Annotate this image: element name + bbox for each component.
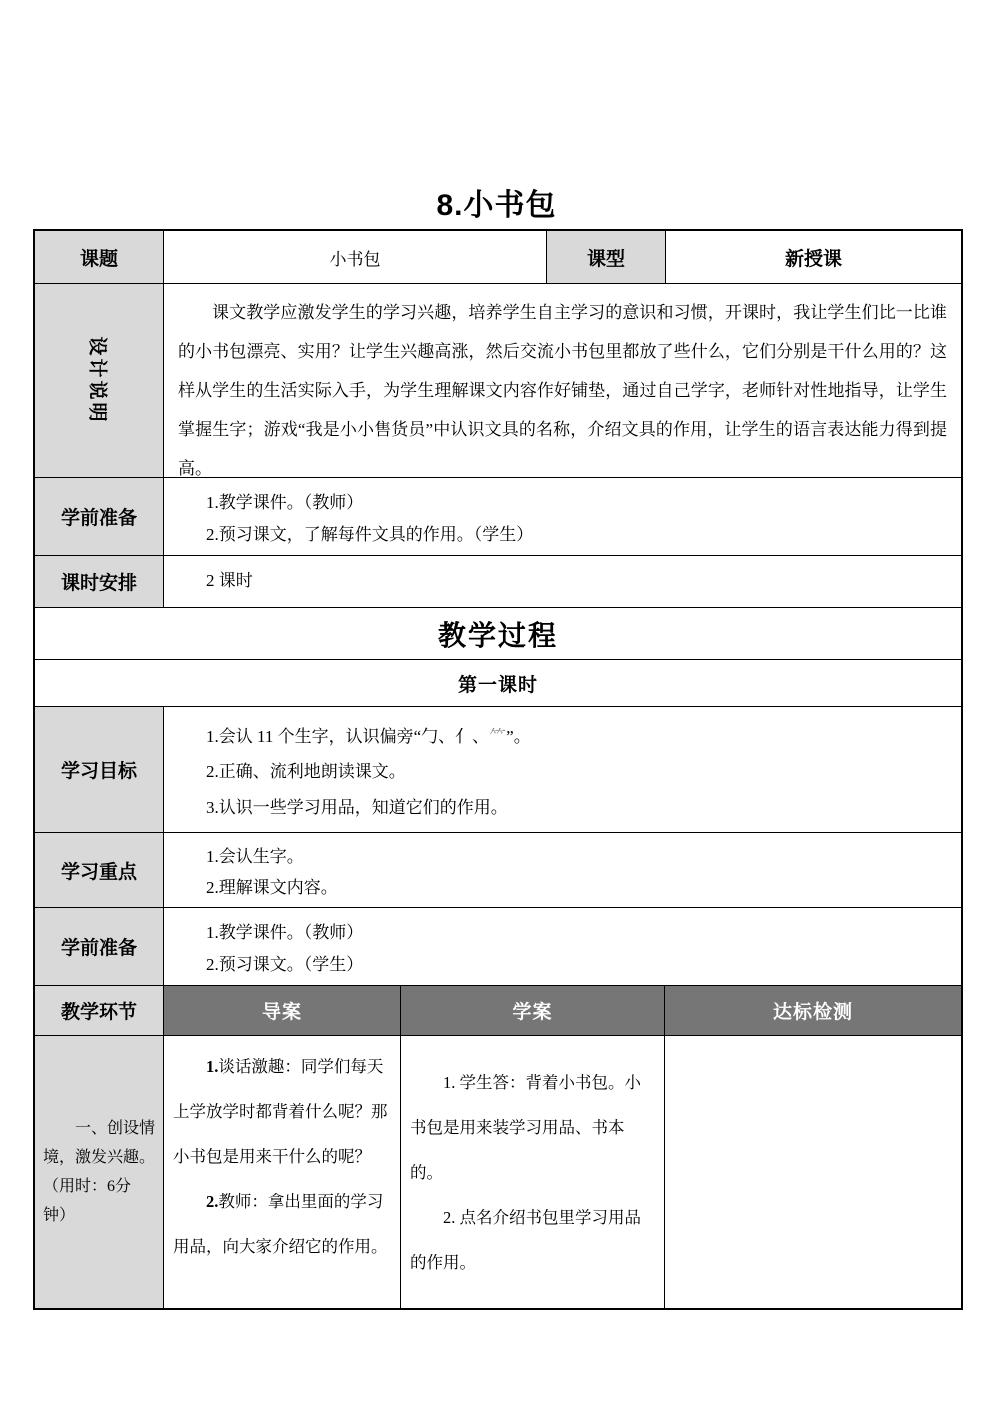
daoan-item: 1.谈话激趣：同学们每天上学放学时都背着什么呢？那小书包是用来干什么的呢？	[173, 1044, 391, 1179]
stage-cell: 一、创设情境，激发兴趣。（用时：6分钟）	[35, 1036, 164, 1308]
list-item: 2.预习课文。（学生）	[206, 950, 951, 975]
design-notes-label-text: 设计说明	[85, 336, 112, 424]
row-schedule: 课时安排 2 课时	[35, 556, 961, 608]
list-item: 2.预习课文，了解每件文具的作用。（学生）	[206, 520, 951, 545]
row-stage-content: 一、创设情境，激发兴趣。（用时：6分钟） 1.谈话激趣：同学们每天上学放学时都背…	[35, 1036, 961, 1308]
page-title: 8.小书包	[0, 0, 993, 224]
daoan-cell: 1.谈话激趣：同学们每天上学放学时都背着什么呢？那小书包是用来干什么的呢？ 2.…	[164, 1036, 401, 1308]
topic-value: 小书包	[164, 231, 547, 283]
design-notes-label: 设计说明	[35, 284, 164, 477]
daoan-item: 2.教师：拿出里面的学习用品，向大家介绍它的作用。	[173, 1179, 391, 1269]
preparation-2-label: 学前准备	[35, 908, 164, 985]
list-item: 1.教学课件。（教师）	[206, 918, 951, 943]
stage-text: 一、创设情境，激发兴趣。（用时：6分钟）	[35, 1114, 163, 1230]
row-goals: 学习目标 1.会认 11 个生字，认识偏旁“勹、亻、⺮”。 2.正确、流利地朗读…	[35, 707, 961, 833]
list-item: 3.认识一些学习用品，知道它们的作用。	[206, 793, 951, 818]
schedule-label: 课时安排	[35, 556, 164, 607]
course-type-label: 课型	[547, 231, 666, 283]
topic-label: 课题	[35, 231, 164, 283]
row-preparation-1: 学前准备 1.教学课件。（教师） 2.预习课文，了解每件文具的作用。（学生）	[35, 478, 961, 556]
bamboo-radical-glyph: ⺮	[489, 727, 506, 746]
design-notes-body: 课文教学应激发学生的学习兴趣，培养学生自主学习的意识和习惯，开课时，我让学生们比…	[164, 284, 961, 477]
preparation-1-body: 1.教学课件。（教师） 2.预习课文，了解每件文具的作用。（学生）	[164, 478, 961, 555]
row-process-heading: 教学过程	[35, 608, 961, 660]
daoan-item-number: 1.	[206, 1057, 218, 1076]
session-heading: 第一课时	[35, 660, 961, 706]
env-label: 教学环节	[35, 986, 164, 1035]
preparation-1-label: 学前准备	[35, 478, 164, 555]
row-focus: 学习重点 1.会认生字。 2.理解课文内容。	[35, 833, 961, 908]
xuean-cell: 1. 学生答：背着小书包。小书包是用来装学习用品、书本的。 2. 点名介绍书包里…	[401, 1036, 665, 1308]
course-type-value: 新授课	[666, 231, 961, 283]
header-daoan: 导案	[164, 986, 401, 1035]
process-heading: 教学过程	[35, 608, 961, 659]
xuean-item: 1. 学生答：背着小书包。小书包是用来装学习用品、书本的。	[410, 1060, 655, 1195]
design-notes-paragraph: 课文教学应激发学生的学习兴趣，培养学生自主学习的意识和习惯，开课时，我让学生们比…	[178, 293, 947, 477]
list-item: 2.理解课文内容。	[206, 873, 951, 898]
list-item: 1.教学课件。（教师）	[206, 488, 951, 513]
goals-body: 1.会认 11 个生字，认识偏旁“勹、亻、⺮”。 2.正确、流利地朗读课文。 3…	[164, 707, 961, 832]
goals-label: 学习目标	[35, 707, 164, 832]
row-topic: 课题 小书包 课型 新授课	[35, 231, 961, 284]
xuean-item: 2. 点名介绍书包里学习用品的作用。	[410, 1195, 655, 1285]
list-item: 1.会认 11 个生字，认识偏旁“勹、亻、⺮”。	[206, 722, 951, 747]
row-session-heading: 第一课时	[35, 660, 961, 707]
row-design-notes: 设计说明 课文教学应激发学生的学习兴趣，培养学生自主学习的意识和习惯，开课时，我…	[35, 284, 961, 478]
goal-1-suffix: ”。	[506, 727, 531, 746]
dabiao-cell	[665, 1036, 961, 1308]
list-item: 2.正确、流利地朗读课文。	[206, 757, 951, 782]
row-column-headers: 教学环节 导案 学案 达标检测	[35, 986, 961, 1036]
list-item: 1.会认生字。	[206, 842, 951, 867]
header-xuean: 学案	[401, 986, 665, 1035]
header-dabiao: 达标检测	[665, 986, 961, 1035]
focus-body: 1.会认生字。 2.理解课文内容。	[164, 833, 961, 907]
schedule-value: 2 课时	[164, 556, 961, 607]
lesson-plan-table: 课题 小书包 课型 新授课 设计说明 课文教学应激发学生的学习兴趣，培养学生自主…	[33, 229, 963, 1310]
preparation-2-body: 1.教学课件。（教师） 2.预习课文。（学生）	[164, 908, 961, 985]
daoan-item-number: 2.	[206, 1192, 218, 1211]
focus-label: 学习重点	[35, 833, 164, 907]
document-page: 8.小书包 课题 小书包 课型 新授课 设计说明 课文教学应激发学生的学习兴趣，…	[0, 0, 993, 1404]
goal-1-text: 1.会认 11 个生字，认识偏旁“勹、亻、	[206, 727, 489, 746]
row-preparation-2: 学前准备 1.教学课件。（教师） 2.预习课文。（学生）	[35, 908, 961, 986]
